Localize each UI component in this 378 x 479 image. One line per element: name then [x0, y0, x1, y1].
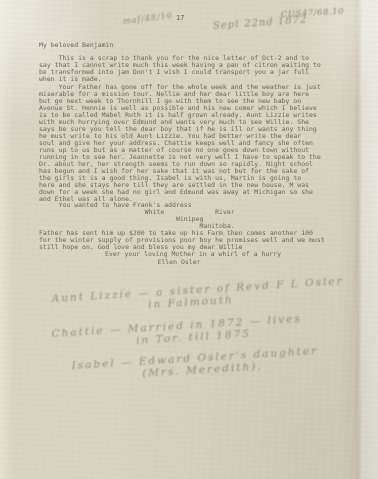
handwritten-date: Sept 22nd 1872	[213, 14, 308, 32]
archival-ref-pencil: maf/48/10	[122, 11, 173, 26]
footnote-isabel: Isabel — Edward Osler's daughter (Mrs. M…	[71, 345, 319, 384]
salutation: My beloved Benjamin	[39, 42, 113, 49]
scanned-letter-page: maf/48/10 17 CUS47/68.10 Sept 22nd 1872 …	[0, 0, 378, 479]
letter-paragraph-3: Father has sent him up $200 to take up h…	[39, 230, 325, 251]
footnote-chattie: Chattie — Married in 1872 — lives in Tor…	[51, 313, 303, 352]
footnote-aunt-lizzie: Aunt Lizzie — a sister of Revd F L Osler…	[51, 275, 344, 317]
letter-paragraph-2: Your Father has gone off for the whole w…	[39, 84, 321, 203]
signature: Ellen Osler	[39, 259, 319, 266]
page-number: 17	[176, 15, 184, 22]
address-block: You wanted to have Frank's address White…	[39, 202, 235, 230]
closing-line: Ever your loving Mother in a whirl of a …	[39, 251, 347, 258]
letter-paragraph-1: This is a scrap to thank you for the nic…	[39, 55, 321, 83]
